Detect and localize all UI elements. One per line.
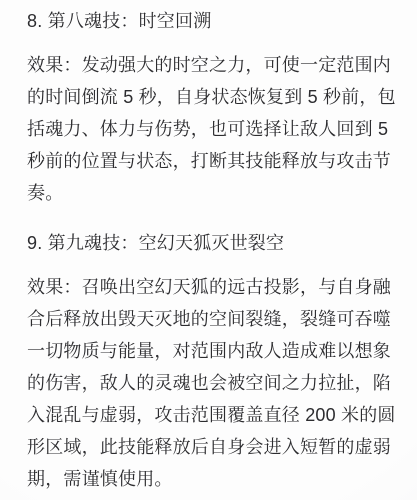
text-line: 奏。 bbox=[27, 177, 397, 209]
text-line: 一切物质与能量，对范围内敌人造成难以想象 bbox=[27, 335, 397, 367]
skill-8-heading: 8. 第八魂技：时空回溯 bbox=[27, 5, 397, 37]
document-page: 8. 第八魂技：时空回溯 效果：发动强大的时空之力，可使一定范围内 的时间倒流 … bbox=[0, 0, 417, 500]
text-line: 的时间倒流 5 秒，自身状态恢复到 5 秒前，包 bbox=[27, 81, 397, 113]
skill-section-8: 8. 第八魂技：时空回溯 效果：发动强大的时空之力，可使一定范围内 的时间倒流 … bbox=[27, 5, 397, 209]
text-line: 入混乱与虚弱，攻击范围覆盖直径 200 米的圆 bbox=[27, 399, 397, 431]
text-line: 效果：发动强大的时空之力，可使一定范围内 bbox=[27, 49, 397, 81]
skill-9-heading: 9. 第九魂技：空幻天狐灭世裂空 bbox=[27, 227, 397, 259]
text-line: 期，需谨慎使用。 bbox=[27, 463, 397, 495]
skill-8-description: 效果：发动强大的时空之力，可使一定范围内 的时间倒流 5 秒，自身状态恢复到 5… bbox=[27, 49, 397, 209]
text-line: 合后释放出毁天灭地的空间裂缝，裂缝可吞噬 bbox=[27, 303, 397, 335]
text-line: 的伤害，敌人的灵魂也会被空间之力拉扯，陷 bbox=[27, 367, 397, 399]
skill-9-description: 效果：召唤出空幻天狐的远古投影，与自身融 合后释放出毁天灭地的空间裂缝，裂缝可吞… bbox=[27, 271, 397, 495]
text-line: 效果：召唤出空幻天狐的远古投影，与自身融 bbox=[27, 271, 397, 303]
skill-section-9: 9. 第九魂技：空幻天狐灭世裂空 效果：召唤出空幻天狐的远古投影，与自身融 合后… bbox=[27, 227, 397, 495]
text-line: 括魂力、体力与伤势，也可选择让敌人回到 5 bbox=[27, 113, 397, 145]
text-line: 秒前的位置与状态，打断其技能释放与攻击节 bbox=[27, 145, 397, 177]
text-line: 形区域，此技能释放后自身会进入短暂的虚弱 bbox=[27, 431, 397, 463]
